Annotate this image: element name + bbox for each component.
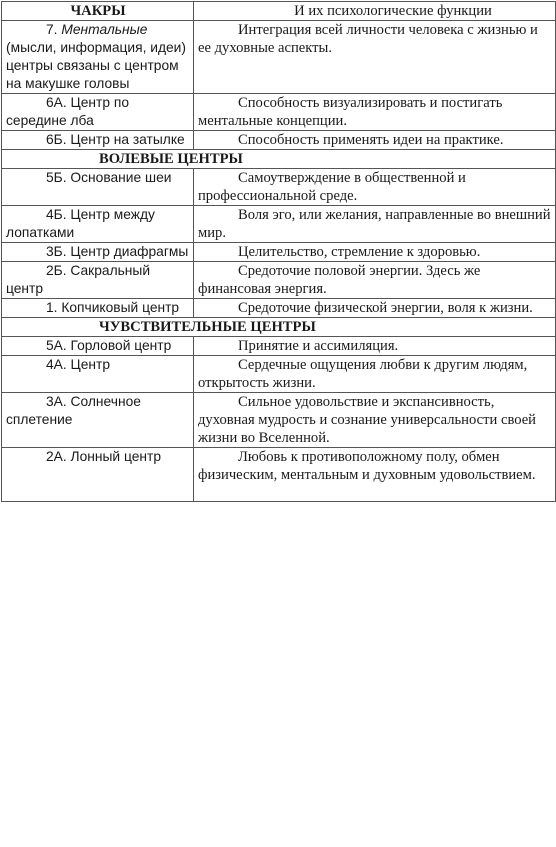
table-row: 5Б. Основание шеи Самоутверждение в обще… bbox=[2, 169, 556, 206]
chakra-function: Сердечные ощущения любви к другим людям,… bbox=[194, 356, 556, 393]
section-title-volitional: ВОЛЕВЫЕ ЦЕНТРЫ bbox=[2, 150, 556, 169]
chakra-name: 5А. Горловой центр bbox=[2, 337, 194, 356]
chakra-name: 5Б. Основание шеи bbox=[2, 169, 194, 206]
chakra-name: 7. Ментальные (мысли, информация, идеи) … bbox=[2, 21, 194, 94]
table-row: 1. Копчиковый центр Средоточие физическо… bbox=[2, 299, 556, 318]
chakra-number: 7. bbox=[46, 22, 58, 37]
chakra-function: Воля эго, или желания, направленные во в… bbox=[194, 206, 556, 243]
chakra-function: Интеграция всей личности человека с жизн… bbox=[194, 21, 556, 94]
chakra-function: Самоутверждение в общественной и професс… bbox=[194, 169, 556, 206]
chakra-name: 6А. Центр по середине лба bbox=[2, 94, 194, 131]
header-functions: И их психологические функции bbox=[194, 2, 556, 21]
section-title-sensory: ЧУВСТВИТЕЛЬНЫЕ ЦЕНТРЫ bbox=[2, 318, 556, 337]
chakra-name: 3Б. Центр диафрагмы bbox=[2, 243, 194, 262]
section-row-volitional: ВОЛЕВЫЕ ЦЕНТРЫ bbox=[2, 150, 556, 169]
table-row: 7. Ментальные (мысли, информация, идеи) … bbox=[2, 21, 556, 94]
table-row: 3А. Солнечное сплетение Сильное удовольс… bbox=[2, 393, 556, 448]
chakra-name: 3А. Солнечное сплетение bbox=[2, 393, 194, 448]
table-row: 4А. Центр Сердечные ощущения любви к дру… bbox=[2, 356, 556, 393]
table-row: 2Б. Сакральный центр Средоточие половой … bbox=[2, 262, 556, 299]
chakra-name-rest: (мысли, информация, идеи) центры связаны… bbox=[6, 40, 186, 91]
chakra-name-italic: Ментальные bbox=[61, 22, 147, 37]
header-chakras: ЧАКРЫ bbox=[2, 2, 194, 21]
chakra-function: Принятие и ассимиляция. bbox=[194, 337, 556, 356]
chakra-function: Целительство, стремление к здоровью. bbox=[194, 243, 556, 262]
table-header-row: ЧАКРЫ И их психологические функции bbox=[2, 2, 556, 21]
table-row: 5А. Горловой центр Принятие и ассимиляци… bbox=[2, 337, 556, 356]
chakra-name: 2А. Лонный центр bbox=[2, 448, 194, 502]
chakra-name: 1. Копчиковый центр bbox=[2, 299, 194, 318]
chakra-function: Любовь к противоположному полу, обмен фи… bbox=[194, 448, 556, 502]
chakra-function: Средоточие половой энергии. Здесь же фин… bbox=[194, 262, 556, 299]
chakra-name: 2Б. Сакральный центр bbox=[2, 262, 194, 299]
chakra-name: 6Б. Центр на затылке bbox=[2, 131, 194, 150]
chakra-function: Средоточие физической энергии, воля к жи… bbox=[194, 299, 556, 318]
chakra-name: 4А. Центр bbox=[2, 356, 194, 393]
table-row: 6Б. Центр на затылке Способность применя… bbox=[2, 131, 556, 150]
chakra-function: Сильное удовольствие и экспансивность, д… bbox=[194, 393, 556, 448]
table-row: 6А. Центр по середине лба Способность ви… bbox=[2, 94, 556, 131]
table-row: 3Б. Центр диафрагмы Целительство, стремл… bbox=[2, 243, 556, 262]
table-row: 4Б. Центр между лопатками Воля эго, или … bbox=[2, 206, 556, 243]
chakras-table: ЧАКРЫ И их психологические функции 7. Ме… bbox=[1, 1, 556, 502]
chakra-name: 4Б. Центр между лопатками bbox=[2, 206, 194, 243]
table-row: 2А. Лонный центр Любовь к противоположно… bbox=[2, 448, 556, 502]
section-row-sensory: ЧУВСТВИТЕЛЬНЫЕ ЦЕНТРЫ bbox=[2, 318, 556, 337]
chakra-function: Способность применять идеи на практике. bbox=[194, 131, 556, 150]
chakra-function: Способность визуализировать и постигать … bbox=[194, 94, 556, 131]
document-page: ЧАКРЫ И их психологические функции 7. Ме… bbox=[0, 0, 556, 847]
